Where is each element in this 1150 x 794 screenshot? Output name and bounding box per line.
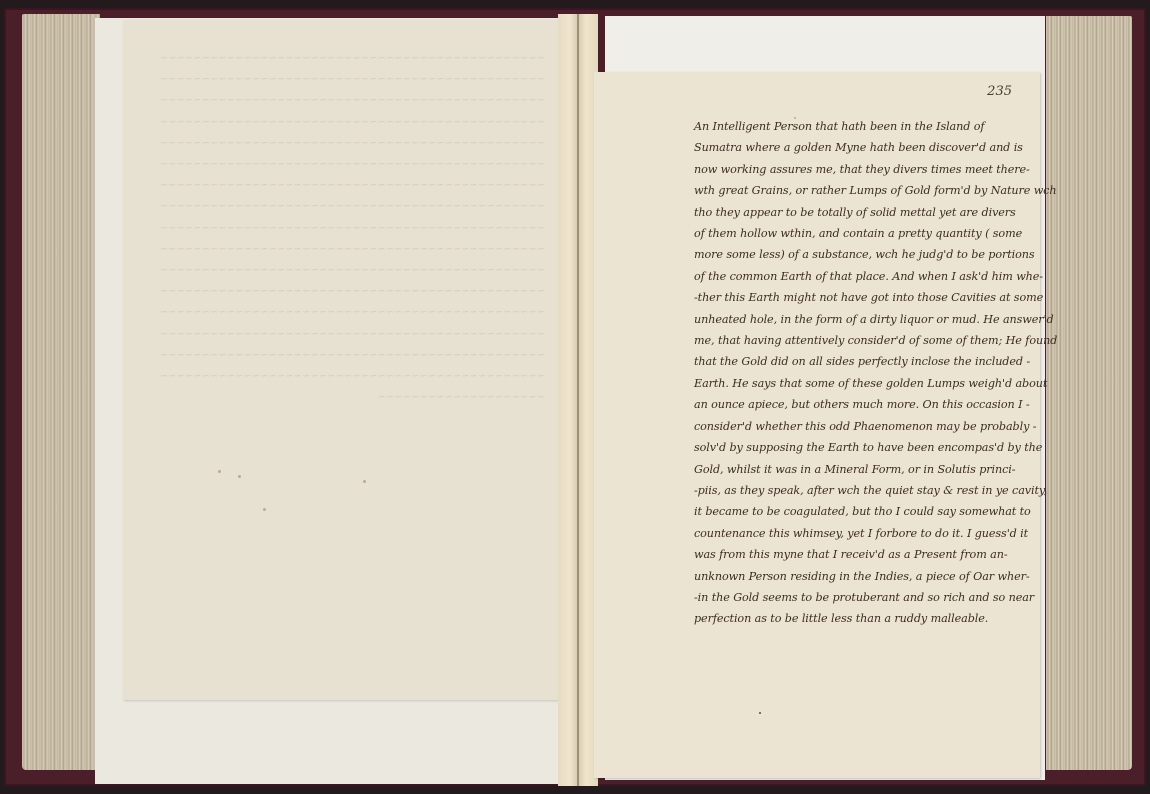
manuscript-line: Sumatra where a golden Myne hath been di… — [694, 137, 1024, 158]
bleed-line: ~~~~~~~~~~~~~~~~~~~~~~~~~~~~~~~~~~~~~~~~… — [145, 112, 545, 133]
bleed-line: ~~~~~~~~~~~~~~~~~~~~~~~~~~~~~~~~~~~~~~~~… — [145, 69, 545, 90]
bleed-through-text: ~~~~~~~~~~~~~~~~~~~~~~~~~~~~~~~~~~~~~~~~… — [145, 48, 545, 408]
manuscript-line: was from this myne that I receiv'd as a … — [694, 544, 1024, 565]
manuscript-line: of the common Earth of that place. And w… — [694, 266, 1024, 287]
manuscript-line: -ther this Earth might not have got into… — [694, 287, 1024, 308]
paper-foxing-spot — [218, 470, 221, 473]
manuscript-line: consider'd whether this odd Phaenomenon … — [694, 416, 1024, 437]
manuscript-line: -piis, as they speak, after wch the quie… — [694, 480, 1024, 501]
right-page-manuscript: 235 An Intelligent Person that hath been… — [594, 72, 1040, 778]
manuscript-line: An Intelligent Person that hath been in … — [694, 116, 1024, 137]
left-page-edges — [22, 14, 100, 770]
manuscript-line: solv'd by supposing the Earth to have be… — [694, 437, 1024, 458]
paper-foxing-spot — [363, 480, 366, 483]
paper-foxing-spot — [794, 117, 796, 119]
bleed-line: ~~~~~~~~~~~~~~~~~~~~~~~~~~~~~~~~~~~~~~~~… — [145, 366, 545, 387]
manuscript-line: countenance this whimsey, yet I forbore … — [694, 523, 1024, 544]
bleed-line: ~~~~~~~~~~~~~~~~~~~~~~~~~~~~~~~~~~~~~~~~… — [145, 239, 545, 260]
bleed-line: ~~~~~~~~~~~~~~~~~~~~~~~~~~~~~~~~~~~~~~~~… — [145, 196, 545, 217]
bleed-line: ~~~~~~~~~~~~~~~~~~~~~~~~~~~~~~~~~~~~~~~~… — [145, 260, 545, 281]
bleed-line: ~~~~~~~~~~~~~~~~~~~~~~~~~~~~~~~~~~~~~~~~… — [145, 281, 545, 302]
manuscript-line: wth great Grains, or rather Lumps of Gol… — [694, 180, 1024, 201]
manuscript-line: tho they appear to be totally of solid m… — [694, 202, 1024, 223]
left-page: ~~~~~~~~~~~~~~~~~~~~~~~~~~~~~~~~~~~~~~~~… — [123, 20, 560, 700]
bleed-line: ~~~~~~~~~~~~~~~~~~~~~~~~~~~~~~~~~~~~~~~~… — [145, 175, 545, 196]
manuscript-line: me, that having attentively consider'd o… — [694, 330, 1024, 351]
manuscript-line: unheated hole, in the form of a dirty li… — [694, 309, 1024, 330]
manuscript-line: Earth. He says that some of these golden… — [694, 373, 1024, 394]
paper-foxing-spot — [263, 508, 266, 511]
bleed-line: ~~~~~~~~~~~~~~~~~~~~~~~~~~~~~~~~~~~~~~~~… — [145, 133, 545, 154]
manuscript-line: of them hollow wthin, and contain a pret… — [694, 223, 1024, 244]
right-page-edges — [1046, 16, 1132, 770]
manuscript-text: An Intelligent Person that hath been in … — [694, 116, 1024, 630]
manuscript-line: more some less) of a substance, wch he j… — [694, 244, 1024, 265]
manuscript-line: unknown Person residing in the Indies, a… — [694, 566, 1024, 587]
folio-number: 235 — [987, 84, 1012, 99]
manuscript-line: it became to be coagulated, but tho I co… — [694, 501, 1024, 522]
bleed-line: ~~~~~~~~~~~~~~~~~~~~~~~~~~~~~~~~~~~~~~~~… — [145, 345, 545, 366]
manuscript-line: now working assures me, that they divers… — [694, 159, 1024, 180]
paper-foxing-spot — [238, 475, 241, 478]
manuscript-line: an ounce apiece, but others much more. O… — [694, 394, 1024, 415]
bleed-line: ~~~~~~~~~~~~~~~~~~~~~~~~~~~~~~~~~~~~~~~~… — [145, 48, 545, 69]
bleed-line: ~~~~~~~~~~~~~~~~~~~~~~~~~~~~~~~~~~~~~~~~… — [145, 218, 545, 239]
manuscript-line: perfection as to be little less than a r… — [694, 608, 1024, 629]
manuscript-line: that the Gold did on all sides perfectly… — [694, 351, 1024, 372]
manuscript-line: -in the Gold seems to be protuberant and… — [694, 587, 1024, 608]
bleed-line: ~~~~~~~~~~~~~~~~~~~~~~~~~~~~~~~~~~~~~~~~… — [145, 302, 545, 323]
book-gutter — [558, 14, 598, 786]
bleed-line: ~~~~~~~~~~~~~~~~~~~~~~~~~~~~~~~~~~~~~~~~… — [145, 90, 545, 111]
bleed-line: ~~~~~~~~~~~~~~~~~~~~~~~~~~~~~~~~~~~~~~~~… — [145, 154, 545, 175]
paper-foxing-spot — [759, 712, 761, 714]
bleed-line: ~~~~~~~~~~~~~~~~~~~~~~~~~~~~~~~~~~~~~~~~… — [145, 324, 545, 345]
bleed-line: ~~~~~~~~~~~~~~~~~~~~ — [145, 387, 545, 408]
manuscript-line: Gold, whilst it was in a Mineral Form, o… — [694, 459, 1024, 480]
